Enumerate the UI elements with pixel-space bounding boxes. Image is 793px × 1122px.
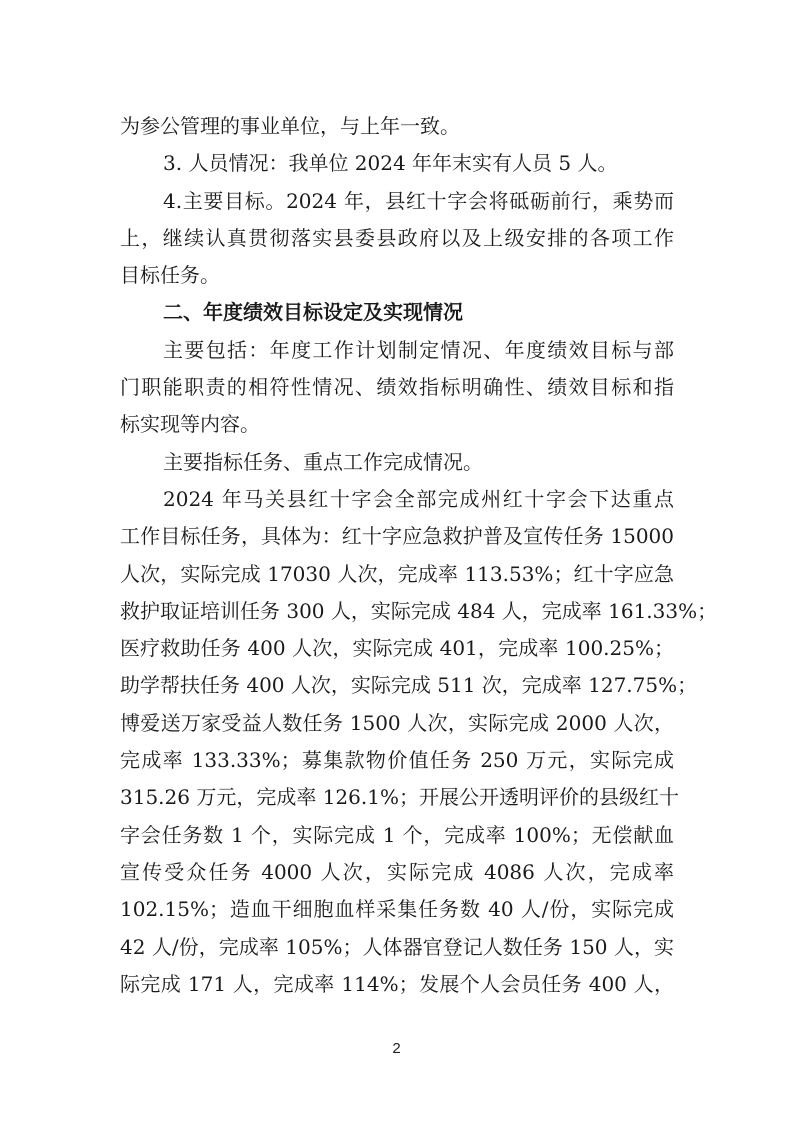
body-text: 为参公管理的事业单位，与上年一致。 3. 人员情况：我单位 2024 年年末实有… bbox=[120, 108, 674, 1003]
text-line: 上，继续认真贯彻落实县委县政府以及上级安排的各项工作 bbox=[120, 220, 674, 257]
document-page: 为参公管理的事业单位，与上年一致。 3. 人员情况：我单位 2024 年年末实有… bbox=[0, 0, 793, 1122]
text-line: 博爱送万家受益人数任务 1500 人次，实际完成 2000 人次， bbox=[120, 705, 674, 742]
text-line: 主要指标任务、重点工作完成情况。 bbox=[120, 444, 674, 481]
text-line: 2024 年马关县红十字会全部完成州红十字会下达重点 bbox=[120, 481, 674, 518]
text-line: 宣传受众任务 4000 人次，实际完成 4086 人次，完成率 bbox=[120, 854, 674, 891]
text-line: 际完成 171 人，完成率 114%；发展个人会员任务 400 人， bbox=[120, 966, 674, 1003]
text-line: 为参公管理的事业单位，与上年一致。 bbox=[120, 108, 674, 145]
section-heading: 二、年度绩效目标设定及实现情况 bbox=[120, 294, 674, 331]
text-line: 字会任务数 1 个，实际完成 1 个，完成率 100%；无偿献血 bbox=[120, 817, 674, 854]
text-line: 主要包括：年度工作计划制定情况、年度绩效目标与部 bbox=[120, 332, 674, 369]
text-line: 4.主要目标。2024 年，县红十字会将砥砺前行，乘势而 bbox=[120, 183, 674, 220]
text-line: 门职能职责的相符性情况、绩效指标明确性、绩效目标和指 bbox=[120, 369, 674, 406]
text-line: 医疗救助任务 400 人次，实际完成 401，完成率 100.25%； bbox=[120, 630, 674, 667]
text-line: 助学帮扶任务 400 人次，实际完成 511 次，完成率 127.75%； bbox=[120, 667, 674, 704]
text-line: 目标任务。 bbox=[120, 257, 674, 294]
text-line: 工作目标任务，具体为：红十字应急救护普及宣传任务 15000 bbox=[120, 518, 674, 555]
text-line: 315.26 万元，完成率 126.1%；开展公开透明评价的县级红十 bbox=[120, 779, 674, 816]
text-line: 救护取证培训任务 300 人，实际完成 484 人，完成率 161.33%； bbox=[120, 593, 674, 630]
text-line: 42 人/份，完成率 105%；人体器官登记人数任务 150 人，实 bbox=[120, 929, 674, 966]
text-line: 人次，实际完成 17030 人次，完成率 113.53%；红十字应急 bbox=[120, 556, 674, 593]
text-line: 3. 人员情况：我单位 2024 年年末实有人员 5 人。 bbox=[120, 145, 674, 182]
text-line: 标实现等内容。 bbox=[120, 406, 674, 443]
text-line: 102.15%；造血干细胞血样采集任务数 40 人/份，实际完成 bbox=[120, 891, 674, 928]
page-number: 2 bbox=[0, 1040, 793, 1057]
text-line: 完成率 133.33%；募集款物价值任务 250 万元，实际完成 bbox=[120, 742, 674, 779]
